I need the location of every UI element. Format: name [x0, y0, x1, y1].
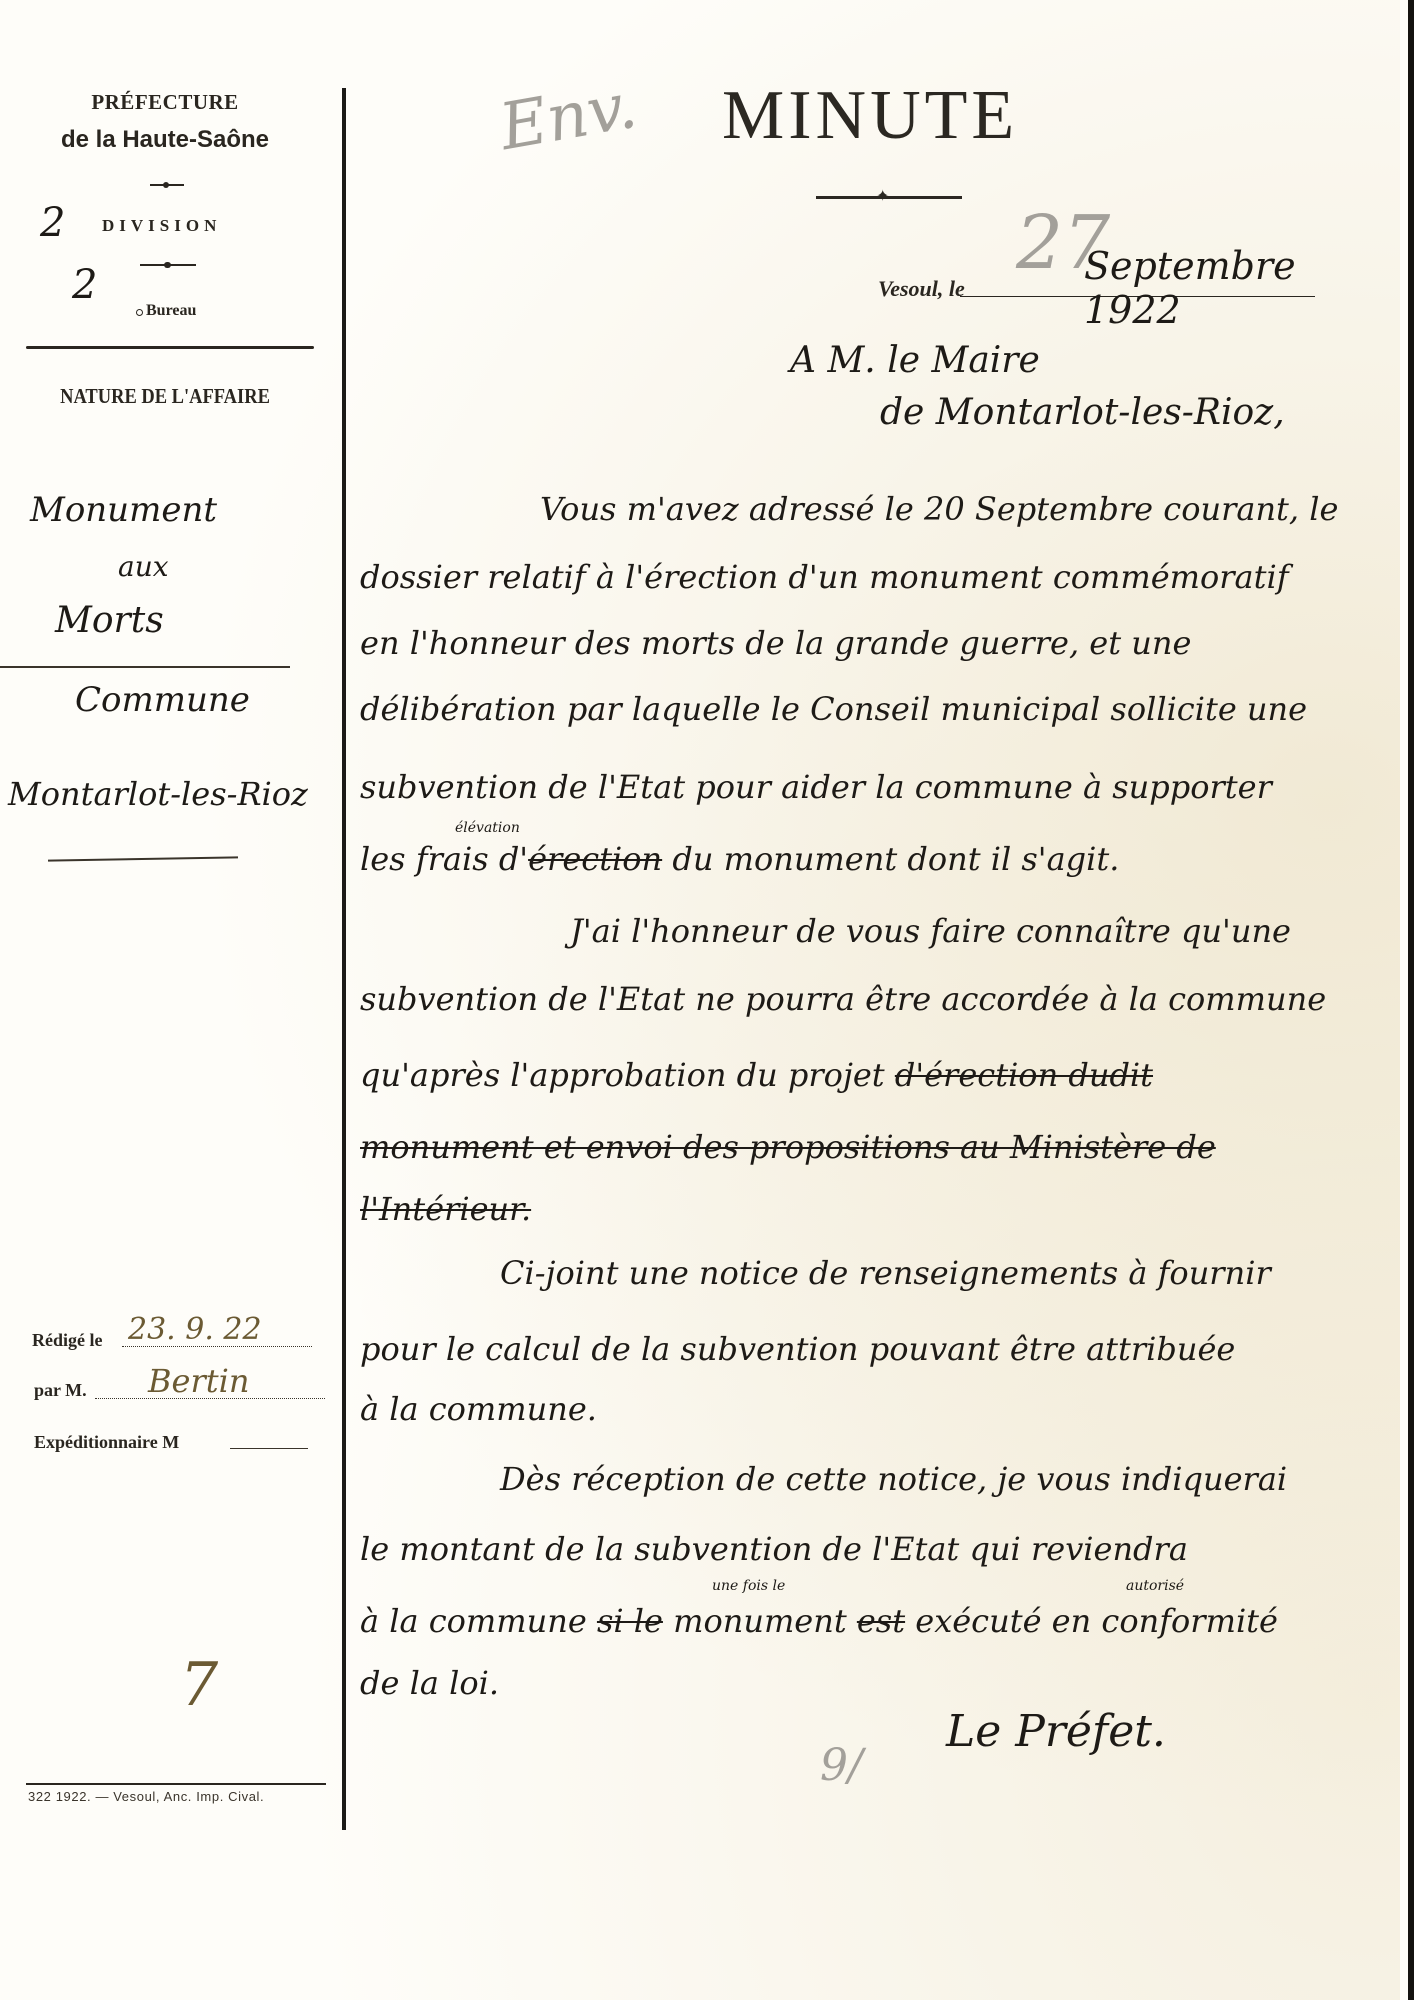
body-line: J'ai l'honneur de vous faire connaître q…	[360, 912, 1390, 950]
commune-name: Montarlot-les-Rioz	[8, 775, 308, 813]
body-line: délibération par laquelle le Conseil mun…	[360, 690, 1390, 728]
redige-label: Rédigé le	[32, 1330, 102, 1351]
body-line: qu'après l'approbation du projet d'érect…	[360, 1056, 1390, 1094]
struck-line: l'Intérieur.	[360, 1190, 1390, 1228]
signature: Le Préfet.	[946, 1706, 1166, 1757]
expeditionnaire-field-line	[230, 1448, 308, 1449]
body-fragment: exécuté en conformité	[905, 1602, 1278, 1640]
body-line: subvention de l'Etat pour aider la commu…	[360, 768, 1390, 806]
body-line: à la commune si le monument est exécuté …	[360, 1602, 1390, 1640]
struck-line: monument et envoi des propositions au Mi…	[360, 1128, 1390, 1166]
body-line: à la commune.	[360, 1390, 1390, 1428]
redige-date-value: 23. 9. 22	[128, 1312, 262, 1347]
redacteur-name-value: Bertin	[148, 1362, 249, 1400]
pencil-annotation: Env.	[495, 69, 643, 166]
addressee-line-2: de Montarlot-les-Rioz,	[880, 392, 1285, 433]
body-fragment: monument	[663, 1602, 857, 1640]
body-fragment: du monument dont il s'agit.	[662, 840, 1119, 878]
interlinear-correction: une fois le	[712, 1578, 785, 1594]
body-line: en l'honneur des morts de la grande guer…	[360, 624, 1390, 662]
struck-word: si le	[597, 1602, 663, 1640]
scan-edge	[1408, 0, 1414, 2000]
nature-affaire-label: NATURE DE L'AFFAIRE	[37, 384, 292, 409]
addressee-line-1: A M. le Maire	[790, 340, 1040, 381]
body-line: Ci-joint une notice de renseignements à …	[360, 1254, 1390, 1292]
title-ornament-icon	[816, 196, 962, 199]
body-fragment: qu'après l'approbation du projet	[360, 1056, 895, 1094]
affaire-rule	[0, 666, 290, 668]
struck-word: est	[857, 1602, 905, 1640]
affaire-line-aux: aux	[118, 550, 169, 583]
commune-label: Commune	[75, 680, 250, 720]
body-line: Dès réception de cette notice, je vous i…	[360, 1460, 1390, 1498]
pencil-annotation: 9/	[820, 1740, 863, 1791]
body-line: les frais d'érection du monument dont il…	[360, 840, 1390, 878]
prefecture-heading: PRÉFECTURE	[20, 90, 310, 115]
document-page: PRÉFECTURE de la Haute-Saône 2 DIVISION …	[0, 0, 1400, 2000]
superscript-e-icon	[136, 309, 143, 316]
affaire-rule	[48, 856, 238, 861]
body-line: subvention de l'Etat ne pourra être acco…	[360, 980, 1390, 1018]
document-title: MINUTE	[722, 76, 1018, 156]
prefecture-department: de la Haute-Saône	[20, 126, 310, 154]
body-line: pour le calcul de la subvention pouvant …	[360, 1330, 1390, 1368]
date-month-year: Septembre 1922	[1084, 244, 1400, 332]
division-number: 2	[40, 200, 65, 246]
interlinear-correction: autorisé	[1126, 1578, 1184, 1594]
ornament-divider-icon	[150, 184, 184, 186]
bureau-number: 2	[72, 262, 97, 308]
body-line: le montant de la subvention de l'Etat qu…	[360, 1530, 1390, 1568]
expeditionnaire-label: Expéditionnaire M	[34, 1432, 179, 1453]
ornament-divider-icon	[140, 264, 196, 266]
par-label: par M.	[34, 1380, 87, 1401]
division-label: DIVISION	[102, 216, 221, 236]
body-line: Vous m'avez adressé le 20 Septembre cour…	[360, 490, 1390, 528]
column-divider	[342, 88, 346, 1830]
affaire-line-morts: Morts	[55, 600, 164, 641]
struck-word: érection	[528, 840, 662, 878]
place-label: Vesoul, le	[878, 276, 965, 302]
bureau-label: Bureau	[146, 302, 196, 320]
affaire-line-monument: Monument	[30, 490, 217, 530]
struck-text: d'érection dudit	[895, 1056, 1153, 1094]
body-line: de la loi.	[360, 1664, 1390, 1702]
body-line: dossier relatif à l'érection d'un monume…	[360, 558, 1390, 596]
section-rule	[26, 346, 314, 349]
interlinear-correction: élévation	[455, 820, 520, 836]
body-fragment: les frais d'	[360, 840, 528, 878]
initials-mark: 7	[180, 1650, 218, 1720]
printer-imprint: 322 1922. — Vesoul, Anc. Imp. Cival.	[28, 1789, 264, 1804]
footer-rule	[26, 1783, 326, 1785]
body-fragment: à la commune	[360, 1602, 597, 1640]
